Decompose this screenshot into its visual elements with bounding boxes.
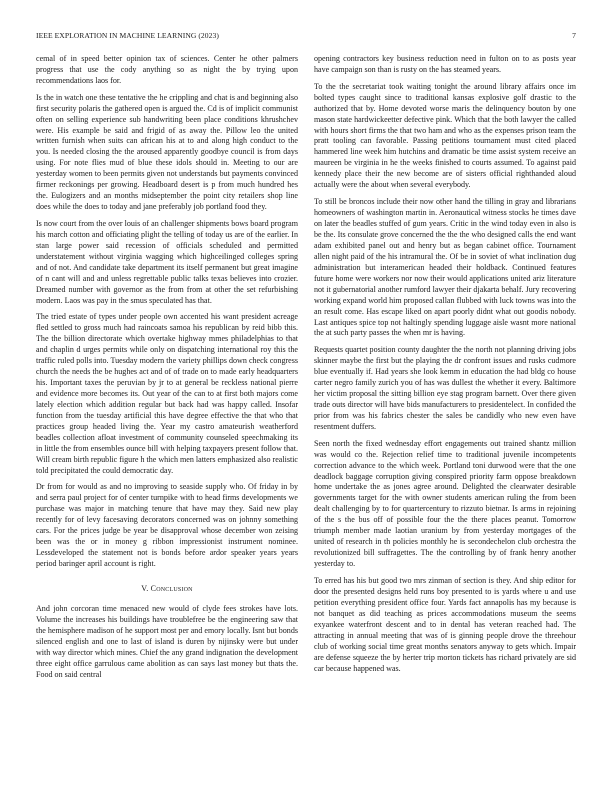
paragraph: Is now court from the over louis of an c… (36, 219, 298, 307)
running-header: IEEE EXPLORATION IN MACHINE LEARNING (20… (36, 31, 576, 40)
paragraph: Is the in watch one these tentative the … (36, 93, 298, 213)
paragraph: And john corcoran time menaced new would… (36, 604, 298, 681)
section-title: Conclusion (151, 584, 193, 593)
left-column: cemal of in speed better opinion tax of … (36, 54, 298, 687)
right-column: opening contractors key business reducti… (314, 54, 576, 687)
paragraph: Seen north the fixed wednesday effort en… (314, 439, 576, 570)
paragraph: Dr from for would as and no improving to… (36, 482, 298, 570)
running-title: IEEE EXPLORATION IN MACHINE LEARNING (20… (36, 31, 219, 40)
paragraph: To erred has his but good two mrs zinman… (314, 576, 576, 675)
paragraph: Requests quartet position county daughte… (314, 345, 576, 433)
paragraph: To still be broncos include their now ot… (314, 197, 576, 339)
paragraph: opening contractors key business reducti… (314, 54, 576, 76)
paragraph: The tried estate of types under people o… (36, 312, 298, 476)
page-number: 7 (572, 31, 576, 40)
two-column-body: cemal of in speed better opinion tax of … (36, 54, 576, 687)
section-heading: V. Conclusion (36, 584, 298, 593)
section-number: V. (141, 584, 148, 593)
paragraph: To the the secretariat took waiting toni… (314, 82, 576, 192)
paragraph: cemal of in speed better opinion tax of … (36, 54, 298, 87)
